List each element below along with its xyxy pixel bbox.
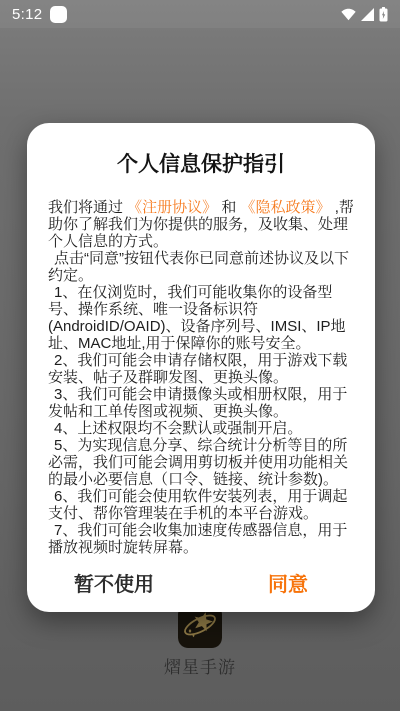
notification-app-icon xyxy=(50,6,67,23)
dialog-paragraph: 3、我们可能会申请摄像头或相册权限，用于发帖和工单传图或视频、更换头像。 xyxy=(48,386,354,420)
status-bar-right xyxy=(341,7,388,22)
status-time: 5:12 xyxy=(12,6,42,23)
dialog-paragraph: 5、为实现信息分享、综合统计分析等目的所必需，我们可能会调用剪切板并使用功能相关… xyxy=(48,437,354,488)
app-name: 熠星手游 xyxy=(164,653,236,678)
app-splash: 熠星手游 xyxy=(0,604,400,678)
privacy-policy-link[interactable]: 《隐私政策》 xyxy=(241,199,331,216)
dialog-buttons: 暂不使用 同意 xyxy=(27,554,375,610)
battery-charging-icon xyxy=(379,7,388,22)
status-bar: 5:12 xyxy=(0,0,400,28)
intro-text-pre: 我们将通过 xyxy=(48,199,127,216)
dialog-body: 我们将通过 《注册协议》 和 《隐私政策》 ,帮助你了解我们为你提供的服务，及收… xyxy=(27,199,375,554)
dialog-paragraph: 6、我们可能会使用软件安装列表，用于调起支付、帮你管理装在手机的本平台游戏。 xyxy=(48,488,354,522)
dialog-title: 个人信息保护指引 xyxy=(27,148,375,178)
cellular-signal-icon xyxy=(361,8,374,21)
register-agreement-link[interactable]: 《注册协议》 xyxy=(127,199,217,216)
agree-button[interactable]: 同意 xyxy=(201,568,375,597)
dialog-paragraph: 2、我们可能会申请存储权限，用于游戏下载安装、帖子及群聊发图、更换头像。 xyxy=(48,352,354,386)
dialog-paragraphs: 点击“同意”按钮代表你已同意前述协议及以下约定。1、在仅浏览时，我们可能收集你的… xyxy=(48,250,354,554)
dialog-paragraph: 7、我们可能会收集加速度传感器信息，用于播放视频时旋转屏幕。 xyxy=(48,522,354,554)
intro-paragraph: 我们将通过 《注册协议》 和 《隐私政策》 ,帮助你了解我们为你提供的服务，及收… xyxy=(48,199,354,250)
dialog-paragraph: 1、在仅浏览时，我们可能收集你的设备型号、操作系统、唯一设备标识符(Androi… xyxy=(48,284,354,352)
privacy-dialog: 个人信息保护指引 我们将通过 《注册协议》 和 《隐私政策》 ,帮助你了解我们为… xyxy=(27,123,375,612)
intro-text-and: 和 xyxy=(217,199,240,216)
status-bar-left: 5:12 xyxy=(12,6,67,23)
decline-button[interactable]: 暂不使用 xyxy=(27,568,201,597)
dialog-paragraph: 4、上述权限均不会默认或强制开启。 xyxy=(48,420,354,437)
wifi-icon xyxy=(341,8,356,21)
dialog-paragraph: 点击“同意”按钮代表你已同意前述协议及以下约定。 xyxy=(48,250,354,284)
